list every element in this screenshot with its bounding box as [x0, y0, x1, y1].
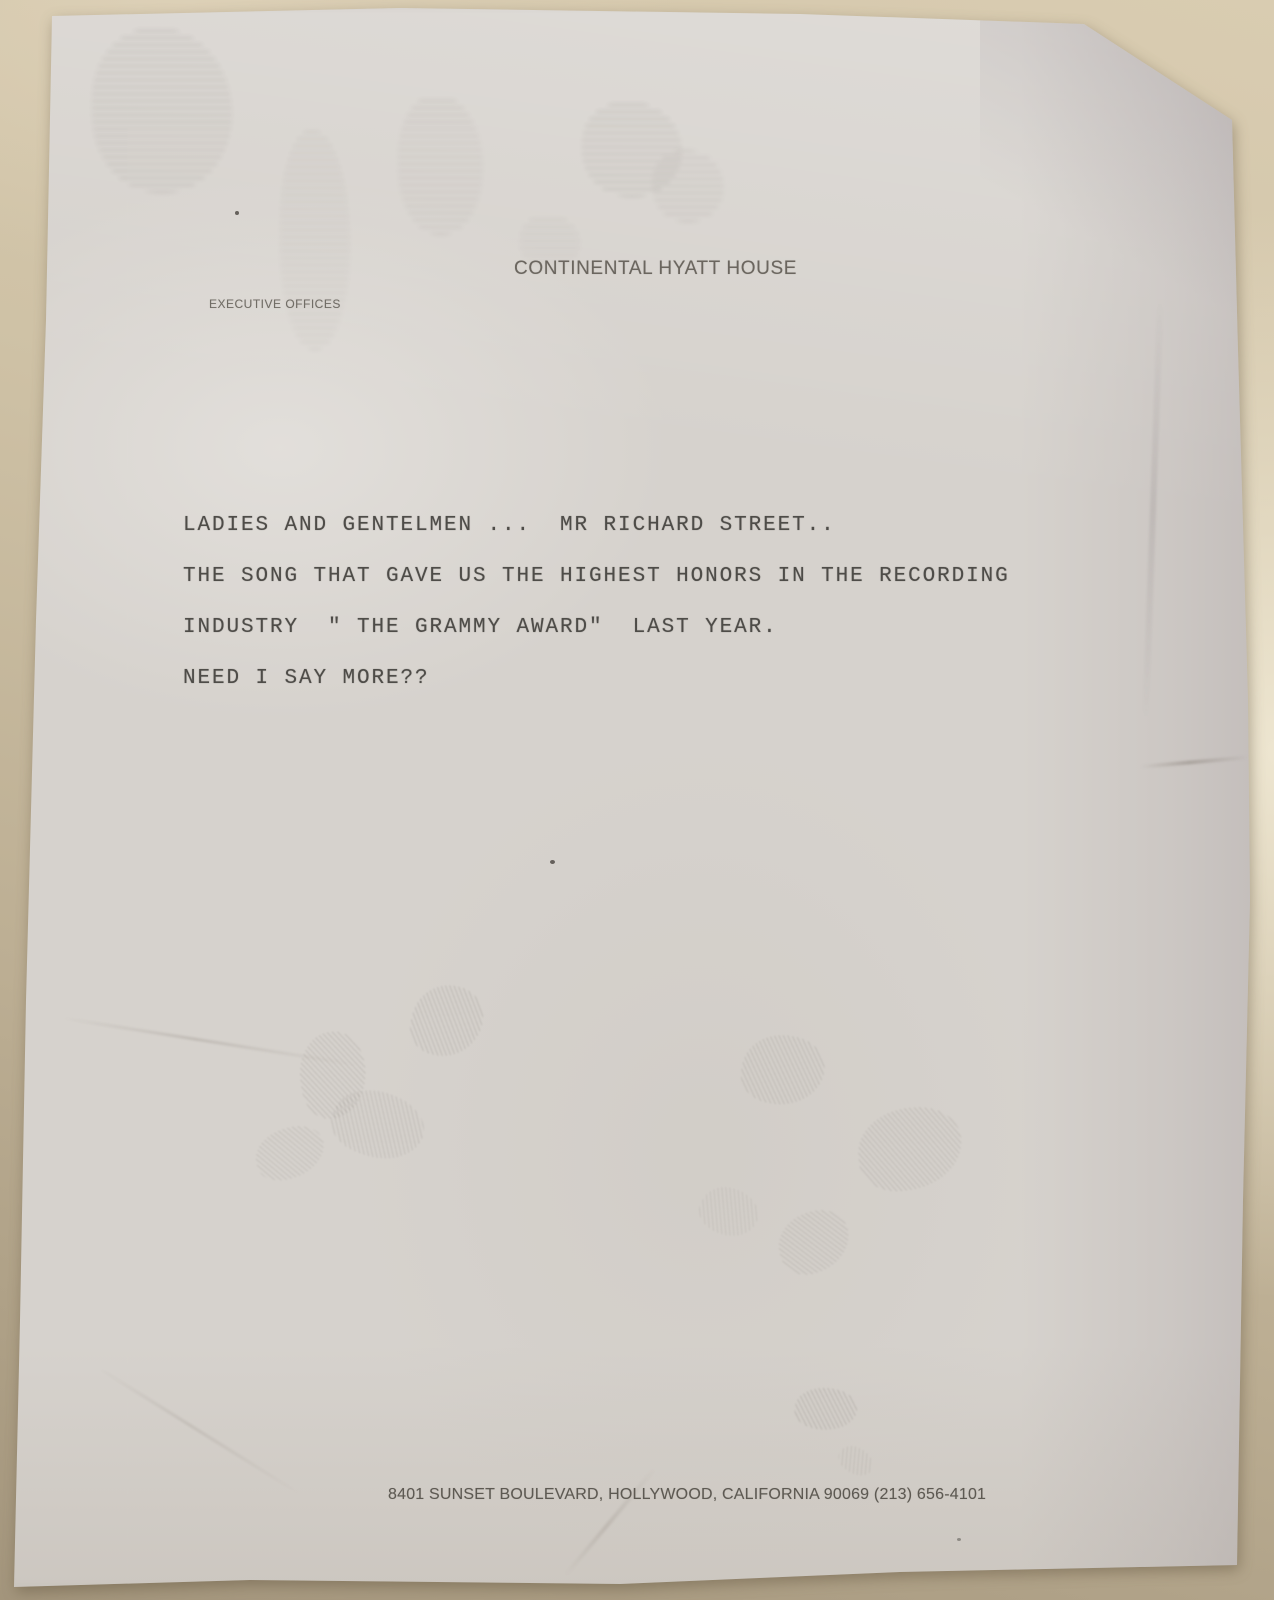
scuff-smudge: [854, 1103, 966, 1195]
body-line-3: INDUSTRY " THE GRAMMY AWARD" LAST YEAR.: [183, 602, 1010, 653]
scuff-smudge: [250, 1120, 331, 1186]
scuff-smudge: [834, 1439, 878, 1482]
ghost-smudge: [652, 150, 724, 222]
ghost-smudge: [280, 130, 350, 350]
ink-speck: [550, 860, 555, 864]
crease-mark: [97, 1367, 302, 1497]
crease-mark: [1140, 755, 1250, 769]
scuff-smudge: [792, 1384, 859, 1434]
paper-sheet: CONTINENTAL HYATT HOUSE EXECUTIVE OFFICE…: [0, 0, 1274, 1600]
crease-mark: [563, 1467, 656, 1577]
photo-of-document: CONTINENTAL HYATT HOUSE EXECUTIVE OFFICE…: [0, 0, 1274, 1600]
paper-shadow: CONTINENTAL HYATT HOUSE EXECUTIVE OFFICE…: [0, 0, 1274, 1600]
scuff-smudge: [770, 1202, 857, 1281]
footer-address: 8401 SUNSET BOULEVARD, HOLLYWOOD, CALIFO…: [388, 1486, 986, 1504]
typewritten-body: LADIES AND GENTELMEN ... MR RICHARD STRE…: [183, 500, 1010, 704]
scuff-smudge: [737, 1028, 830, 1111]
scuff-smudge: [692, 1177, 766, 1248]
ghost-smudge: [92, 28, 232, 193]
ghost-smudge: [398, 95, 483, 235]
body-line-1: LADIES AND GENTELMEN ... MR RICHARD STRE…: [183, 500, 1010, 551]
ink-speck: [957, 1538, 961, 1541]
body-line-2: THE SONG THAT GAVE US THE HIGHEST HONORS…: [183, 551, 1010, 602]
body-line-4: NEED I SAY MORE??: [183, 653, 1010, 704]
ink-speck: [235, 211, 239, 215]
ghost-smudge: [520, 215, 580, 270]
scuff-smudge: [404, 978, 489, 1065]
cut-corner-shading: [980, 0, 1250, 380]
